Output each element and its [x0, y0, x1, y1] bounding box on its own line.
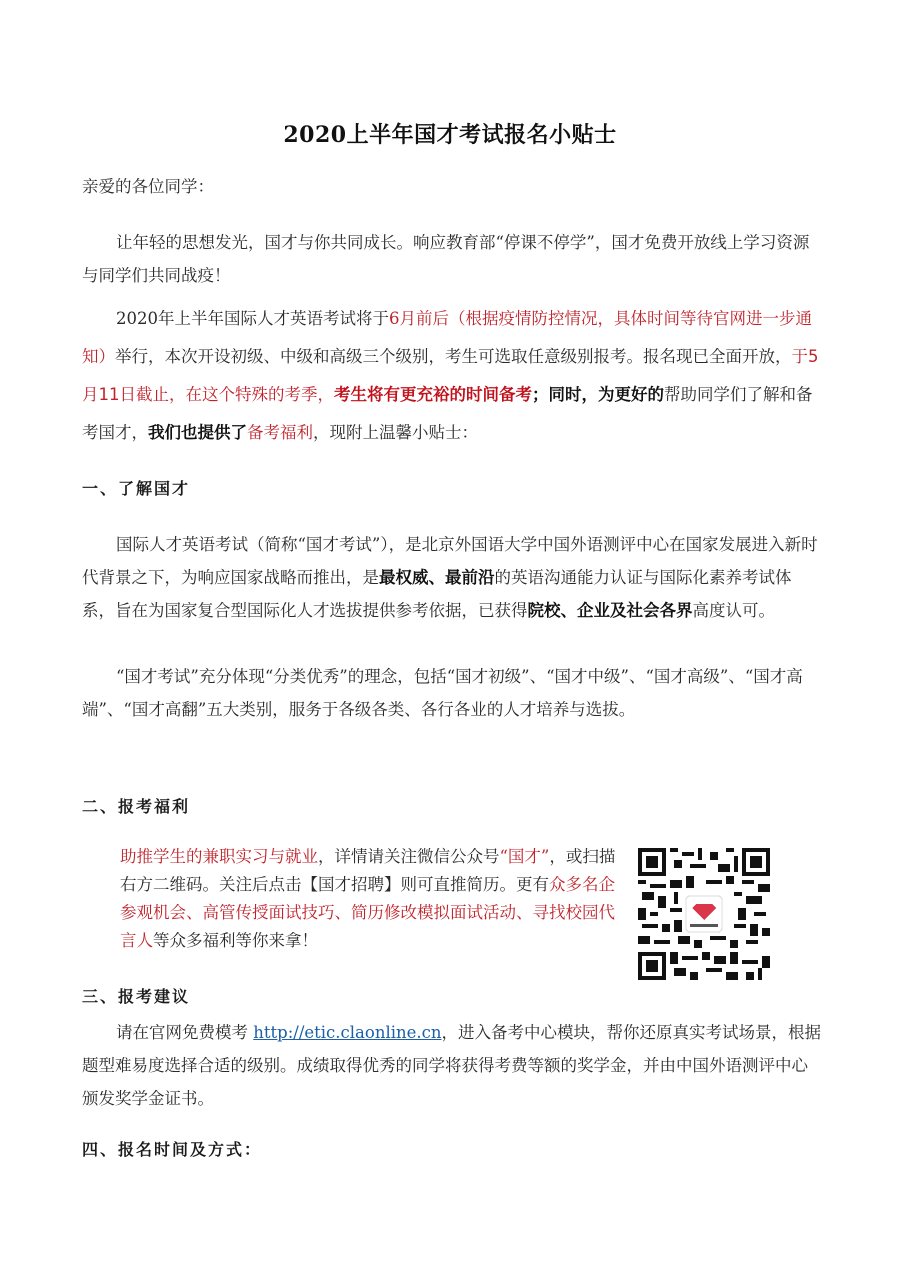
section-heading-3: 三、报考建议 — [82, 984, 190, 1007]
announcement-text: 2020年上半年国际人才英语考试将于 — [116, 309, 389, 328]
announcement-text: ，现附上温馨小贴士： — [313, 423, 478, 442]
page-title: 2020上半年国才考试报名小贴士 — [0, 118, 900, 149]
about-bold: 院校、企业及社会各界 — [528, 601, 693, 620]
qr-code-icon[interactable] — [638, 848, 770, 980]
welfare-text: 等众多福利等你来拿！ — [153, 931, 318, 950]
suggestion-paragraph: 请在官网免费模考 http://etic.claonline.cn，进入备考中心… — [82, 1016, 822, 1115]
suggestion-text: 请在官网免费模考 — [116, 1023, 253, 1042]
section-heading-2: 二、报考福利 — [82, 794, 190, 817]
announcement-text: 举行，本次开设初级、中级和高级三个级别，考生可选取任意级别报考。报名现已全面开放… — [115, 347, 792, 366]
announcement-bold: 我们也提供了 — [148, 423, 247, 442]
welfare-paragraph: 助推学生的兼职实习与就业，详情请关注微信公众号“国才”，或扫描右方二维码。关注后… — [120, 843, 620, 955]
about-bold: 最权威、最前沿 — [379, 568, 495, 587]
greeting: 亲爱的各位同学： — [82, 170, 822, 203]
section-heading-1: 一、了解国才 — [82, 476, 190, 499]
intro-paragraph: 让年轻的思想发光，国才与你共同成长。响应教育部“停课不停学”，国才免费开放线上学… — [82, 226, 822, 292]
welfare-red: 助推学生的兼职实习与就业 — [120, 847, 318, 866]
categories-paragraph: “国才考试”充分体现“分类优秀”的理念，包括“国才初级”、“国才中级”、“国才高… — [82, 660, 822, 726]
welfare-red: “国才” — [500, 847, 550, 866]
prep-time-highlight: 考生将有更充裕的时间备考 — [334, 385, 532, 404]
document-page: 2020上半年国才考试报名小贴士 亲爱的各位同学： 让年轻的思想发光，国才与你共… — [0, 0, 900, 1273]
section-heading-4: 四、报名时间及方式： — [82, 1137, 262, 1160]
about-text: 高度认可。 — [693, 601, 776, 620]
announcement-bold: ；同时，为更好的 — [532, 385, 664, 404]
official-site-link[interactable]: http://etic.claonline.cn — [253, 1023, 441, 1042]
welfare-highlight: 备考福利 — [247, 423, 313, 442]
about-paragraph: 国际人才英语考试（简称“国才考试”），是北京外国语大学中国外语测评中心在国家发展… — [82, 528, 822, 627]
announcement-paragraph: 2020年上半年国际人才英语考试将于6月前后（根据疫情防控情况，具体时间等待官网… — [82, 300, 822, 452]
welfare-text: ，详情请关注微信公众号 — [318, 847, 500, 866]
